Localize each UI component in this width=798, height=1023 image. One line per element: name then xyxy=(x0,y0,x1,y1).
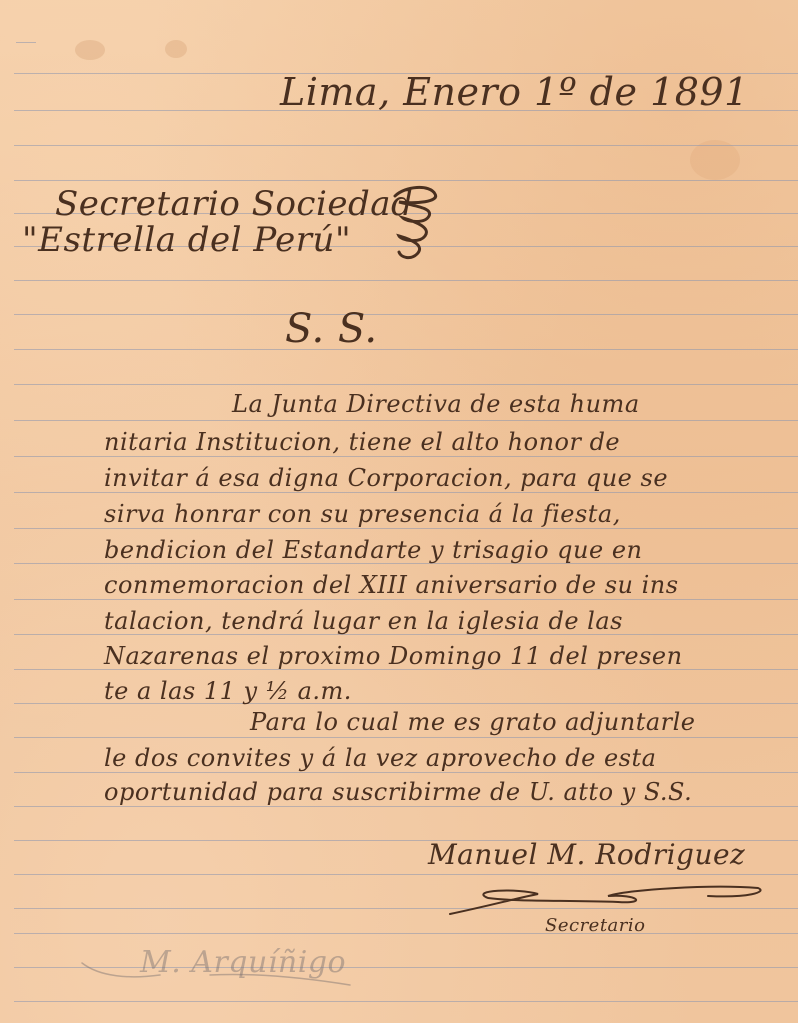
body-line: oportunidad para suscribirme de U. atto … xyxy=(104,778,692,806)
signature-flourish-icon xyxy=(448,880,768,920)
body-line: La Junta Directiva de esta huma xyxy=(232,390,640,418)
paper-stain xyxy=(165,40,187,58)
body-line: Para lo cual me es grato adjuntarle xyxy=(250,708,696,736)
paper-stain xyxy=(75,40,105,60)
paper-stain xyxy=(690,140,740,180)
body-line: te a las 11 y ½ a.m. xyxy=(104,677,352,705)
addressee-society: "Estrella del Perú" xyxy=(22,220,351,260)
body-line: Nazarenas el proximo Domingo 11 del pres… xyxy=(104,642,683,670)
body-line: bendicion del Estandarte y trisagio que … xyxy=(104,536,643,564)
body-line: talacion, tendrá lugar en la iglesia de … xyxy=(104,607,623,635)
letter-page: Lima, Enero 1º de 1891 Secretario Socied… xyxy=(0,0,798,1023)
addressee-title: Secretario Sociedad xyxy=(55,184,413,224)
place-date-heading: Lima, Enero 1º de 1891 xyxy=(280,70,749,114)
body-line: nitaria Institucion, tiene el alto honor… xyxy=(104,428,620,456)
salutation: S. S. xyxy=(285,306,378,352)
body-line: conmemoracion del XIII aniversario de su… xyxy=(104,571,679,599)
pencil-annotation: M. Arquíñigo xyxy=(140,945,346,980)
body-line: le dos convites y á la vez aprovecho de … xyxy=(104,744,656,772)
signature-name: Manuel M. Rodriguez xyxy=(428,838,745,871)
calligraphic-flourish-icon xyxy=(385,182,445,262)
signature-title: Secretario xyxy=(545,915,645,936)
body-line: invitar á esa digna Corporacion, para qu… xyxy=(104,464,668,492)
body-line: sirva honrar con su presencia á la fiest… xyxy=(104,500,621,528)
